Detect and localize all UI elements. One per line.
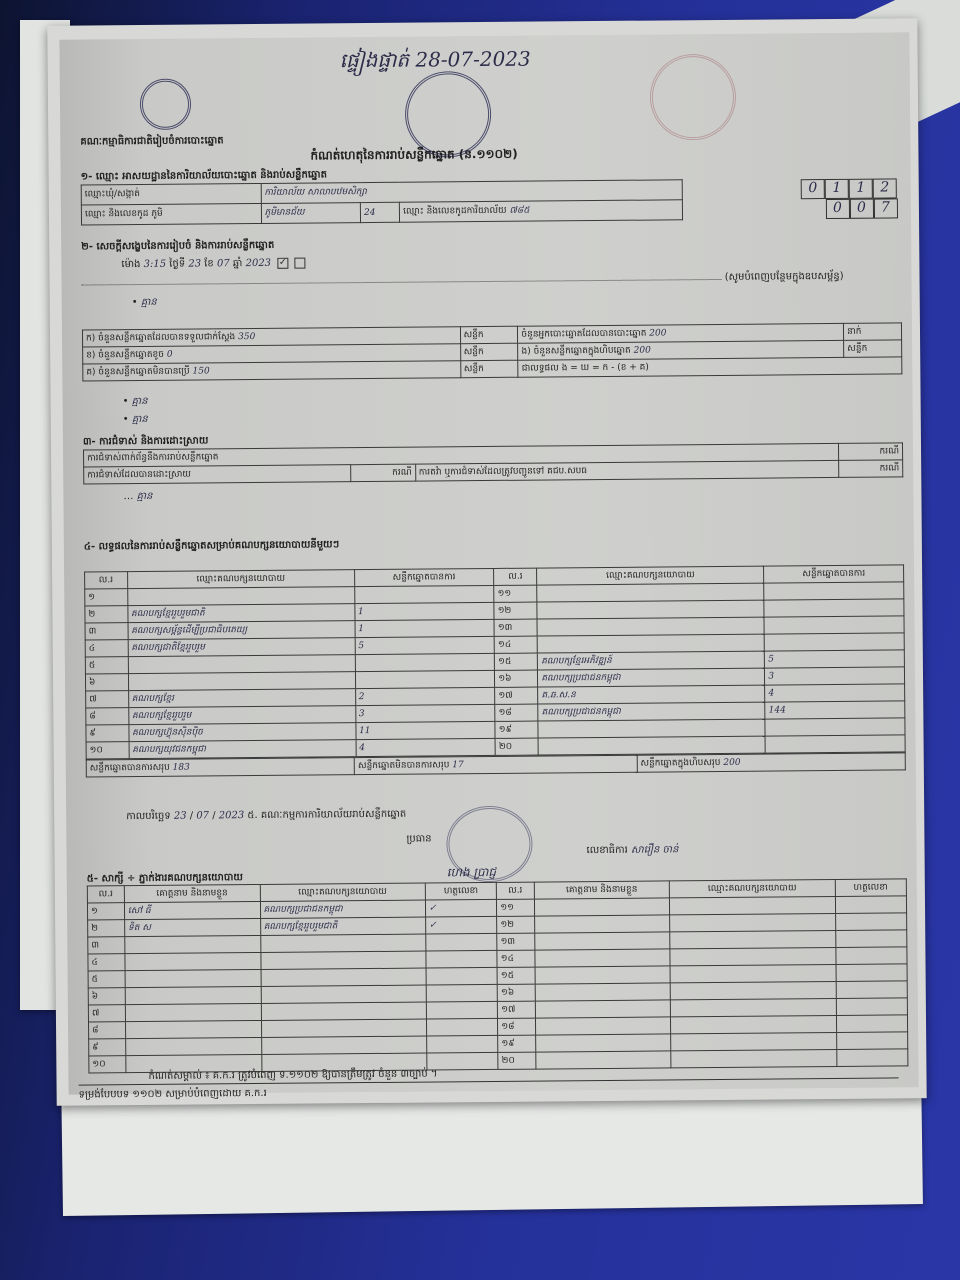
remark2: គ្មាន [132,396,148,407]
section2-heading: ២- សេចក្តីសង្ខេបនៃការរៀបចំ និងការរាប់សន្… [81,238,274,255]
total-invalid: 17 [452,760,464,770]
remark3: គ្មាន [132,414,148,425]
station-value: ៧៨៥ [509,206,529,216]
section2-time-line: ម៉ោង 3:15 ថ្ងៃទី 23 ខែ 07 ឆ្នាំ 2023 ✓ [121,256,308,273]
form-title: កំណត់ហេតុនៃការរាប់សន្លឹកឆ្នោត (ន.១១០២) [310,146,517,166]
witness-table: ល.រគោត្តនាម និងនាមខ្លួនឈ្មោះគណបក្សនយោបាយ… [87,878,909,1073]
section4-heading: ៤- លទ្ធផលនៃការរាប់សន្លឹកឆ្នោតសម្រាប់គណបក… [84,537,339,554]
checkbox-yes[interactable]: ✓ [277,257,288,268]
objection-remark: … គ្មាន [123,489,152,504]
election-form-page: ផ្ទៀងផ្ទាត់ 28-07-2023 គណៈកម្មាធិការជាតិ… [47,18,926,1106]
member-signature: លេខាធិការ សារឿន ចាន់ [586,842,678,858]
commune-label: ឈ្មោះឃុំ/សង្កាត់ [81,183,261,205]
code-top: 0112 [682,178,900,200]
total-box: 200 [723,757,740,767]
code-bottom: 007 [682,198,900,220]
village-value: ភូមិមានជ័យ [261,203,361,224]
red-stamp [650,54,737,141]
ballot-summary-table: ក) ចំនួនសន្លឹកឆ្នោតដែលបានទទួលជាក់ស្តែង 3… [82,322,902,381]
results-table: ល.រឈ្មោះគណបក្សនយោបាយសន្លឹកឆ្នោតបានការ ល.… [84,564,906,777]
official-stamp [405,71,492,158]
section3-heading: ៣- ការជំទាស់ និងការដោះស្រាយ [83,433,209,449]
checkbox-no[interactable] [294,257,305,268]
objections-table: ការជំទាស់ពាក់ព័ន្ធនឹងការរាប់សន្លឹកឆ្នោតក… [83,442,903,484]
chair-signature: ហេង ប្រាជ្ញ [447,864,496,882]
section1-box: ឈ្មោះឃុំ/សង្កាត់ ការិយាល័យ សាលាបឋមសិក្សា… [81,177,901,225]
village-no: 24 [360,202,399,222]
authority-name: គណៈកម្មាធិការជាតិរៀបចំការបោះឆ្នោត [80,133,223,149]
village-label: ឈ្មោះ និងលេខកូដ ភូមិ [81,203,261,225]
signature-date: កាលបរិច្ឆេទ 23 / 07 / 2023 ៥. គណៈកម្មការ… [126,807,406,824]
total-valid: 183 [173,762,190,772]
emblem-icon [140,79,191,130]
remark1: • គ្មាន [132,295,157,310]
